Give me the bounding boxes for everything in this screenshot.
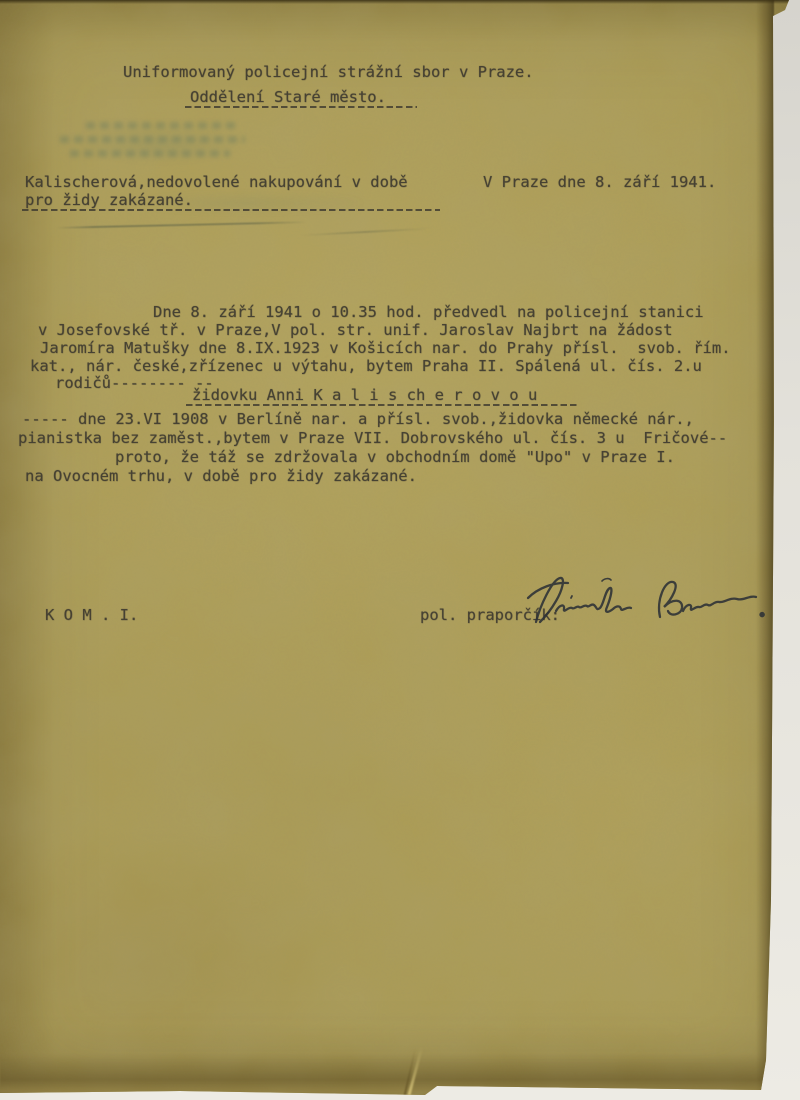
header-line-1: Uniformovaný policejní strážní sbor v Pr… — [123, 63, 534, 81]
body-line-9: na Ovocném trhu, v době pro židy zakázan… — [25, 467, 417, 485]
body-line-3: Jaromíra Matušky dne 8.IX.1923 v Košicíc… — [40, 339, 731, 357]
dateline: V Praze dne 8. září 1941. — [483, 173, 716, 191]
body-line-4: kat., nár. české,zřízenec u výtahu, byte… — [30, 357, 702, 375]
footer-kom-label: K O M . I. — [45, 606, 138, 624]
subject-name-underline — [186, 404, 578, 406]
paper-top-edge-shadow — [0, 0, 789, 4]
pencil-mark — [56, 221, 308, 229]
paper-texture — [0, 0, 800, 1100]
document-paper: Uniformovaný policejní strážní sbor v Pr… — [0, 0, 800, 1100]
scanned-document-page: { "doc": { "header": { "line1": "Uniform… — [0, 0, 800, 1100]
body-line-5: rodičů-------- -- — [55, 374, 214, 392]
case-subject-line-2: pro židy zakázané. — [25, 191, 193, 209]
body-line-1: Dne 8. září 1941 o 10.35 hod. předvedl n… — [153, 303, 704, 321]
subject-name-line: židovku Anni K a l i s ch e r o v o u — [192, 386, 537, 404]
header-underline — [185, 106, 417, 108]
pencil-mark-2 — [300, 228, 430, 236]
signature-handwriting — [522, 570, 772, 632]
body-line-2: v Josefovské tř. v Praze,V pol. str. uni… — [38, 321, 673, 339]
body-line-8: proto, že táž se zdržovala v obchodním d… — [115, 448, 675, 466]
header-line-2: Oddělení Staré město. — [190, 88, 386, 106]
paper-right-edge-shadow — [756, 0, 774, 1092]
case-subject-line-1: Kalischerová,nedovolené nakupování v dob… — [25, 173, 408, 191]
paper-bottom-edge-shadow — [0, 1054, 785, 1092]
case-subject-underline — [22, 209, 440, 211]
faded-stamp — [56, 116, 266, 168]
body-line-7: pianistka bez zaměst.,bytem v Praze VII.… — [18, 429, 727, 447]
body-line-6: ----- dne 23.VI 1908 v Berlíně nar. a př… — [22, 410, 694, 428]
